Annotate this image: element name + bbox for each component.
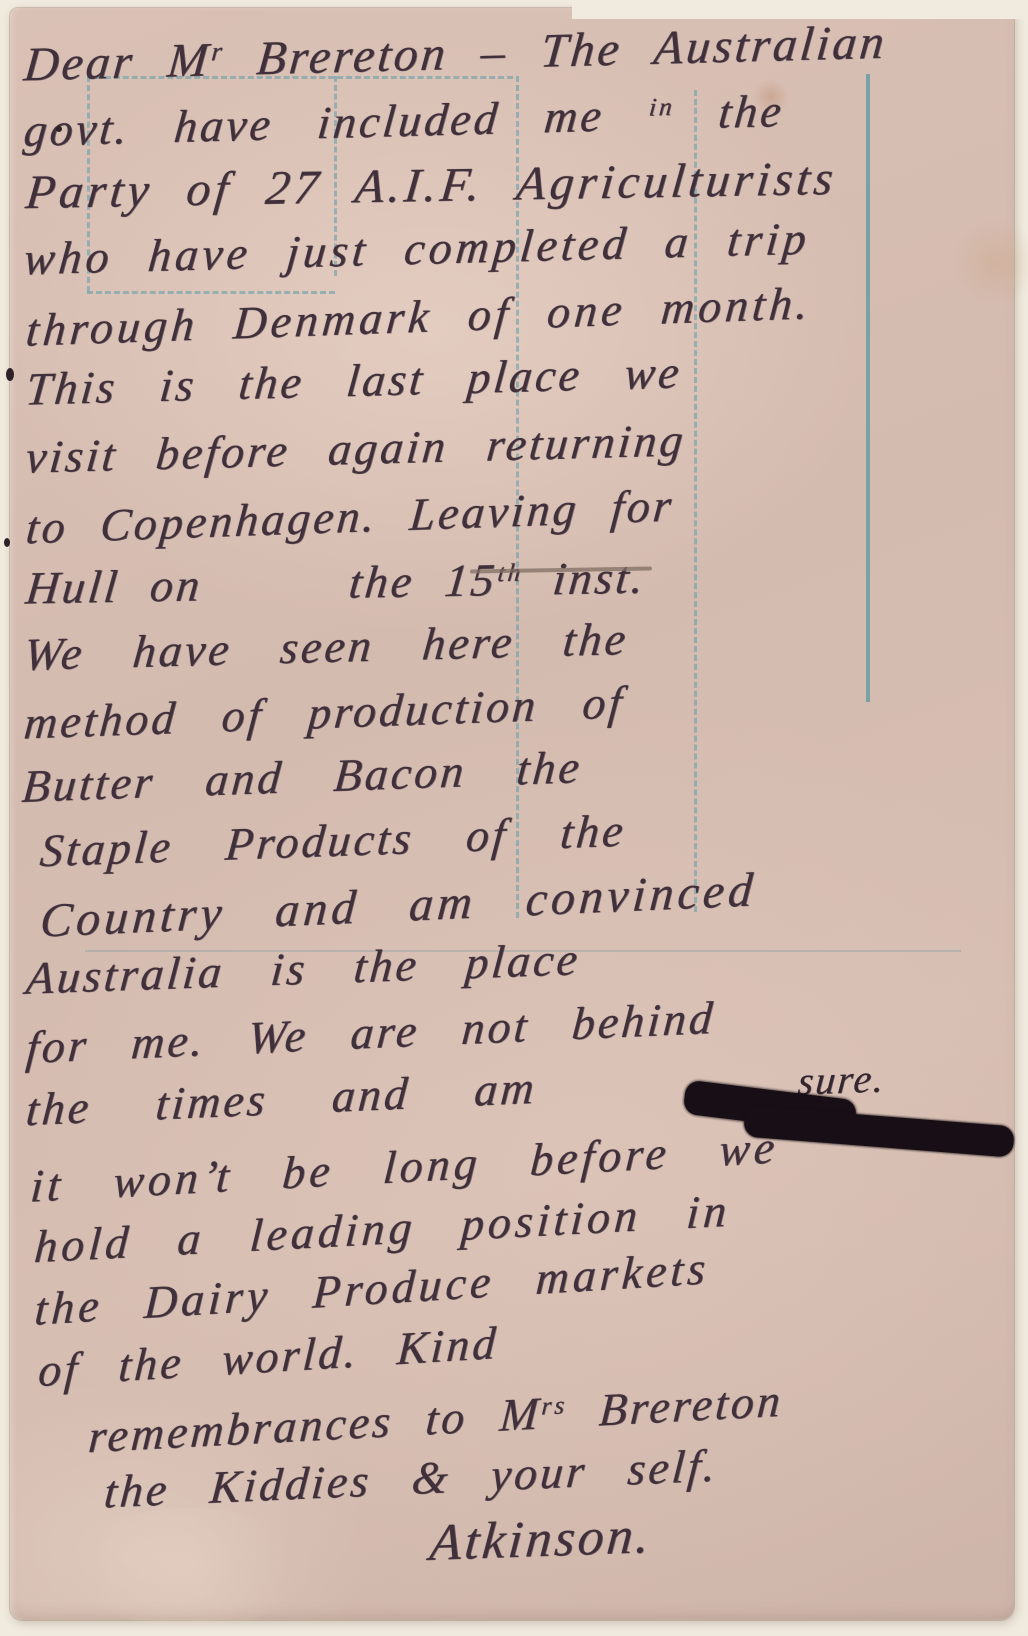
paper-stain	[70, 1508, 310, 1628]
superscript-text: rs	[541, 1391, 569, 1420]
handwriting-line: Hull on the 15th inst.	[24, 555, 649, 612]
paper-stain	[950, 220, 1028, 306]
handwriting-line: Atkinson.	[428, 1510, 654, 1570]
printed-guide-v-solid	[866, 74, 870, 702]
line-text: Hull on the 15	[23, 554, 499, 613]
printed-guide-h-dashed	[87, 291, 335, 294]
superscript-text: r	[210, 36, 226, 66]
line-text: Dear M	[22, 33, 214, 91]
line-text: the	[672, 85, 787, 139]
printed-guide-v-dashed	[694, 90, 697, 912]
ink-speck	[56, 126, 62, 132]
superscript-text: in	[648, 93, 676, 122]
line-text: inst.	[520, 552, 649, 605]
ink-speck	[6, 368, 14, 381]
line-text: Atkinson.	[428, 1507, 655, 1572]
ink-speck	[4, 538, 10, 547]
scan-background-step	[572, 0, 1028, 19]
